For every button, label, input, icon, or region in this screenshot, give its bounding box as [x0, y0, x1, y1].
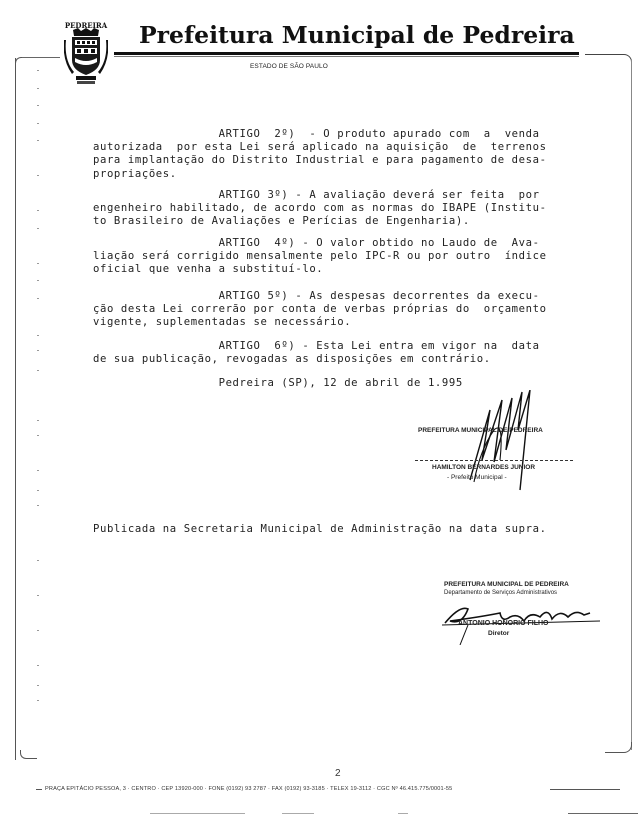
state-subtitle: ESTADO DE SÃO PAULO	[250, 63, 328, 70]
title-underline	[114, 52, 579, 55]
scan-noise	[398, 813, 408, 814]
article-3: ARTIGO 3º) - A avaliação deverá ser feit…	[93, 189, 588, 229]
title-underline-thin	[114, 56, 579, 57]
frame-left-border	[15, 58, 16, 760]
frame-corner-bottom-left	[20, 750, 37, 759]
publication-note: Publicada na Secretaria Municipal de Adm…	[93, 523, 588, 536]
scan-noise	[150, 813, 245, 814]
footer-rule-left	[36, 789, 42, 790]
frame-corner-top-right	[585, 54, 632, 65]
director-name: ANTONIO HONORIO FILHO	[458, 620, 548, 627]
mayor-institution: PREFEITURA MUNICIPAL DE PEDREIRA	[418, 427, 543, 434]
scan-noise	[568, 813, 638, 814]
frame-corner-top-left	[15, 57, 26, 66]
frame-top-left-line	[22, 57, 60, 58]
footer-address: PRAÇA EPITÁCIO PESSOA, 3 · CENTRO · CEP …	[45, 786, 452, 792]
footer-rule-right	[550, 789, 620, 790]
article-5: ARTIGO 5º) - As despesas decorrentes da …	[93, 290, 588, 330]
municipal-coat-of-arms-icon: PEDREIRA	[64, 20, 108, 86]
date-line: Pedreira (SP), 12 de abril de 1.995	[93, 377, 588, 390]
page-number: 2	[335, 768, 341, 779]
mayor-signature-line	[415, 460, 573, 461]
mayor-role: - Prefeito Municipal -	[447, 474, 507, 481]
frame-right-border	[631, 60, 632, 750]
article-6: ARTIGO 6º) - Esta Lei entra em vigor na …	[93, 340, 588, 366]
mayor-name: HAMILTON BERNARDES JUNIOR	[432, 464, 535, 471]
director-institution: PREFEITURA MUNICIPAL DE PEDREIRA	[444, 581, 569, 588]
director-role: Diretor	[488, 630, 509, 637]
frame-corner-bottom-right	[605, 742, 632, 753]
article-2: ARTIGO 2º) - O produto apurado com a ven…	[93, 128, 588, 181]
scan-noise	[282, 813, 314, 814]
article-4: ARTIGO 4º) - O valor obtido no Laudo de …	[93, 237, 588, 277]
page-title: Prefeitura Municipal de Pedreira	[139, 21, 575, 49]
